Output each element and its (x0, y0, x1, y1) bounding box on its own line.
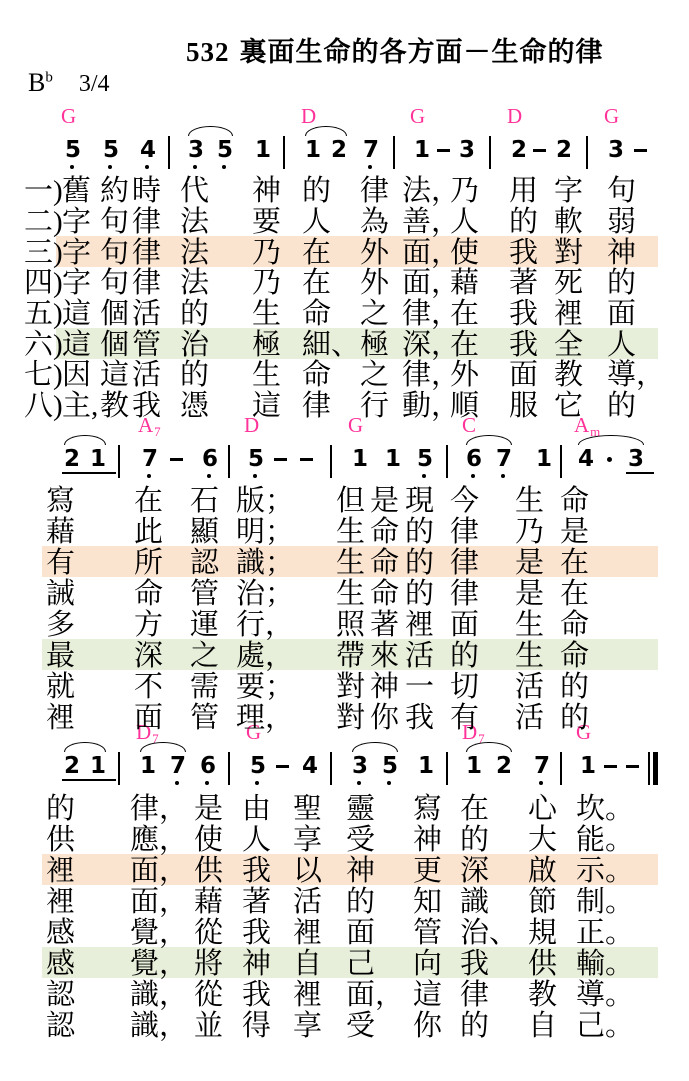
lyric-char: 心 (528, 794, 558, 825)
lyric-char: 在 (134, 486, 164, 517)
lyric-char: 動， (402, 391, 432, 422)
note-digit: 5 (217, 137, 233, 163)
lyric-char: 命 (134, 579, 164, 610)
octave-low-dot (255, 781, 259, 785)
lyric-char: 使 (194, 825, 224, 856)
lyric-char: 有 (450, 703, 480, 734)
lyric-char: 憑 (180, 391, 210, 422)
lyric-char: 就 (46, 672, 76, 703)
octave-low-dot (193, 165, 197, 169)
lyric-char: 律， (402, 299, 432, 330)
lyric-char: 使 (450, 238, 480, 269)
beat-dash (170, 458, 183, 461)
lyric-char: 深， (402, 330, 432, 361)
lyric-char: 照 (336, 610, 366, 641)
key-note: B (28, 68, 45, 97)
lyric-char: 的 (405, 517, 435, 548)
chord-label: D (301, 106, 316, 126)
lyric-char: 著 (370, 610, 400, 641)
beat-dash (437, 149, 450, 152)
lyric-char: 主, (62, 391, 92, 422)
lyric-char: 生 (515, 486, 545, 517)
lyric-char: 你 (413, 1011, 443, 1042)
note-digit: 4 (578, 446, 594, 472)
lyric-char: 死 (554, 268, 584, 299)
lyric-char: 活 (132, 360, 162, 391)
lyric-char: 以 (293, 856, 323, 887)
lyric-char: 命 (370, 517, 400, 548)
lyric-char: 我 (405, 703, 435, 734)
chord-suffix: 7 (154, 424, 161, 439)
chord-root: G (410, 104, 425, 128)
lyric-char: 句 (100, 207, 130, 238)
beat-dash (274, 458, 287, 461)
lyric-char: 我 (132, 391, 162, 422)
lyric-char: 神 (346, 856, 376, 887)
barline (118, 445, 120, 478)
lyric-char: 裡 (46, 887, 76, 918)
note-digit: 3 (188, 137, 204, 163)
chord-label: D (507, 106, 522, 126)
lyric-char: 面 (134, 703, 164, 734)
slur-arc (188, 126, 233, 136)
barline (446, 445, 448, 478)
lyric-char: 處， (236, 641, 266, 672)
lyric-char: 啟 (528, 856, 558, 887)
hymn-title: 532裏面生命的各方面－生命的律 (186, 30, 604, 69)
lyric-char: 裡 (46, 856, 76, 887)
lyric-char: 藉 (450, 268, 480, 299)
lyric-char: 對 (336, 703, 366, 734)
barline (560, 445, 562, 478)
octave-low-dot (145, 165, 149, 169)
lyric-char: 得 (242, 1011, 272, 1042)
note-digit: 5 (248, 446, 264, 472)
note-digit: 7 (142, 446, 158, 472)
lyric-char: 的 (607, 391, 637, 422)
barline (586, 136, 588, 169)
lyric-char: 對 (336, 672, 366, 703)
lyric-char: 裡 (293, 980, 323, 1011)
lyric-char: 最 (46, 641, 76, 672)
lyric-char: 藉 (46, 517, 76, 548)
lyric-char: 運 (190, 610, 220, 641)
lyric-char: 面， (130, 887, 160, 918)
barline (118, 752, 120, 785)
lyric-char: 面 (450, 610, 480, 641)
lyric-char: 命 (560, 486, 590, 517)
octave-low-dot (422, 474, 426, 478)
lyric-char: 裡 (46, 703, 76, 734)
key-accidental: b (45, 69, 53, 85)
lyric-char: 面 (346, 918, 376, 949)
barline (283, 136, 285, 169)
lyric-char: 法 (180, 207, 210, 238)
augmentation-dot (607, 457, 612, 462)
lyric-char: 乃 (515, 517, 545, 548)
final-barline-thin (648, 752, 650, 785)
lyric-char: 這 (62, 330, 92, 361)
lyric-char: 受 (346, 825, 376, 856)
beat-dash (626, 765, 639, 768)
lyric-char: 感 (46, 918, 76, 949)
lyric-char: 石 (190, 486, 220, 517)
lyric-char: 應， (130, 825, 160, 856)
note-digit: 7 (363, 137, 379, 163)
lyric-char: 要 (252, 207, 282, 238)
lyric-char: 面， (130, 856, 160, 887)
lyric-char: 生 (336, 548, 366, 579)
lyric-char: 自 (293, 949, 323, 980)
lyric-char: 服 (509, 391, 539, 422)
lyric-char: 這 (252, 391, 282, 422)
lyric-char: 教 (528, 980, 558, 1011)
lyric-char: 生 (515, 641, 545, 672)
slur-arc (466, 742, 512, 752)
lyric-char: 藉 (194, 887, 224, 918)
lyric-char: 命 (560, 641, 590, 672)
lyric-char: 字 (62, 268, 92, 299)
lyric-char: 認 (190, 548, 220, 579)
chord-root: G (604, 104, 619, 128)
hymn-sheet: 532裏面生命的各方面－生命的律 Bb3/4 GDGDG554351127132… (0, 0, 689, 1081)
slur-arc (64, 435, 106, 445)
lyric-char: 並 (194, 1011, 224, 1042)
lyric-char: 個 (100, 330, 130, 361)
lyric-char: 大 (528, 825, 558, 856)
lyric-char: 管 (190, 579, 220, 610)
chord-label: G (410, 106, 425, 126)
lyric-char: 律 (302, 391, 332, 422)
lyric-char: 的 (46, 794, 76, 825)
lyric-char: 命 (302, 299, 332, 330)
lyric-char: 生 (336, 579, 366, 610)
lyric-char: 約 (100, 176, 130, 207)
note-digit: 2 (511, 137, 527, 163)
lyric-char: 從 (194, 918, 224, 949)
lyric-char: 法， (402, 176, 432, 207)
lyric-char: 我 (509, 238, 539, 269)
lyric-char: 方 (134, 610, 164, 641)
lyric-char: 活 (515, 672, 545, 703)
eighth-underline (62, 779, 90, 781)
lyric-char: 人 (242, 825, 272, 856)
eighth-underline (62, 472, 90, 474)
note-digit: 5 (250, 753, 266, 779)
barline (330, 445, 332, 478)
lyric-char: 句 (100, 238, 130, 269)
octave-low-dot (108, 165, 112, 169)
lyric-char: 的 (302, 176, 332, 207)
lyric-char: 由 (242, 794, 272, 825)
lyric-char: 面， (402, 268, 432, 299)
lyric-char: 管 (413, 918, 443, 949)
octave-low-dot (253, 474, 257, 478)
lyric-char: 所 (134, 548, 164, 579)
lyric-char: 覺， (130, 918, 160, 949)
lyric-char: 管 (132, 330, 162, 361)
lyric-char: 命 (302, 360, 332, 391)
lyric-char: 活 (405, 641, 435, 672)
barline (168, 136, 170, 169)
lyric-char: 面 (607, 299, 637, 330)
barline (228, 445, 230, 478)
lyric-char: 知 (413, 887, 443, 918)
lyric-char: 的 (560, 672, 590, 703)
lyric-char: 著 (242, 887, 272, 918)
lyric-char: 正。 (576, 918, 606, 949)
beat-dash (276, 765, 289, 768)
lyric-char: 能。 (576, 825, 606, 856)
hymn-title-text: 裏面生命的各方面－生命的律 (240, 37, 604, 67)
note-digit: 1 (536, 446, 552, 472)
octave-low-dot (207, 474, 211, 478)
lyric-char: 順 (450, 391, 480, 422)
lyric-char: 這 (100, 360, 130, 391)
note-digit: 2 (64, 446, 80, 472)
lyric-char: 命 (370, 548, 400, 579)
note-digit: 1 (255, 137, 271, 163)
note-digit: 3 (459, 137, 475, 163)
lyric-char: 字 (62, 207, 92, 238)
lyric-char: 這 (62, 299, 92, 330)
lyric-char: 是 (370, 486, 400, 517)
lyric-char: 之 (360, 299, 390, 330)
lyric-char: 供 (528, 949, 558, 980)
lyric-char: 明； (236, 517, 266, 548)
lyric-char: 的 (180, 299, 210, 330)
lyric-char: 我 (460, 949, 490, 980)
lyric-char: 外 (360, 238, 390, 269)
lyric-char: 供 (46, 825, 76, 856)
note-digit: 6 (202, 446, 218, 472)
lyric-char: 供 (194, 856, 224, 887)
lyric-char: 面 (509, 360, 539, 391)
lyric-char: 在 (302, 238, 332, 269)
lyric-char: 的 (405, 579, 435, 610)
note-digit: 1 (90, 753, 106, 779)
octave-low-dot (147, 474, 151, 478)
lyric-char: 我 (242, 918, 272, 949)
lyric-char: 人 (450, 207, 480, 238)
lyric-char: 命 (560, 610, 590, 641)
note-digit: 1 (90, 446, 106, 472)
lyric-char: 是 (515, 548, 545, 579)
lyric-char: 的 (346, 887, 376, 918)
lyric-char: 個 (100, 299, 130, 330)
octave-low-dot (205, 781, 209, 785)
note-digit: 3 (608, 137, 624, 163)
lyric-char: 來 (370, 641, 400, 672)
lyric-char: 管 (190, 703, 220, 734)
lyric-char: 之 (190, 641, 220, 672)
note-digit: 4 (302, 753, 318, 779)
lyric-char: 受 (346, 1011, 376, 1042)
lyric-char: 是 (515, 579, 545, 610)
lyric-char: 教 (554, 360, 584, 391)
lyric-char: 今 (450, 486, 480, 517)
lyric-char: 律 (460, 980, 490, 1011)
octave-low-dot (70, 165, 74, 169)
beat-dash (604, 765, 617, 768)
note-digit: 3 (628, 446, 644, 472)
lyric-char: 全 (554, 330, 584, 361)
lyric-char: 律 (450, 548, 480, 579)
lyric-char: 律， (130, 794, 160, 825)
lyric-char: 的 (509, 207, 539, 238)
lyric-char: 時 (132, 176, 162, 207)
note-digit: 1 (580, 753, 596, 779)
hymn-number: 532 (186, 37, 230, 67)
slur-arc (466, 435, 512, 445)
slur-arc (140, 742, 186, 752)
lyric-char: 命 (370, 579, 400, 610)
lyric-char: 在 (560, 548, 590, 579)
lyric-char: 外 (450, 360, 480, 391)
lyric-char: 節 (528, 887, 558, 918)
lyric-char: 寫 (46, 486, 76, 517)
lyric-char: 律 (450, 579, 480, 610)
lyric-char: 活 (515, 703, 545, 734)
lyric-char: 誡 (46, 579, 76, 610)
note-digit: 1 (414, 137, 430, 163)
octave-low-dot (357, 781, 361, 785)
lyric-char: 我 (242, 856, 272, 887)
lyric-char: 向 (413, 949, 443, 980)
note-digit: 6 (200, 753, 216, 779)
lyric-char: 面， (402, 238, 432, 269)
note-digit: 7 (496, 446, 512, 472)
note-digit: 2 (331, 137, 347, 163)
lyric-char: 律 (450, 517, 480, 548)
lyric-char: 識 (460, 887, 490, 918)
lyric-char: 的 (560, 703, 590, 734)
slur-arc (305, 126, 347, 136)
barline (560, 752, 562, 785)
lyric-char: 規 (528, 918, 558, 949)
lyric-char: 律， (402, 360, 432, 391)
note-digit: 1 (305, 137, 321, 163)
lyric-char: 是 (194, 794, 224, 825)
lyric-char: 行， (236, 610, 266, 641)
lyric-char: 神 (252, 176, 282, 207)
lyric-char: 字 (62, 238, 92, 269)
lyric-char: 法 (180, 268, 210, 299)
lyric-char: 的 (460, 825, 490, 856)
octave-low-dot (501, 474, 505, 478)
lyric-char: 要； (236, 672, 266, 703)
lyric-char: 人 (302, 207, 332, 238)
lyric-char: 極 (252, 330, 282, 361)
lyric-char: 軟 (554, 207, 584, 238)
lyric-char: 導。 (576, 980, 606, 1011)
lyric-char: 代 (180, 176, 210, 207)
lyric-char: 乃 (252, 268, 282, 299)
lyric-char: 句 (100, 268, 130, 299)
lyric-char: 的 (180, 360, 210, 391)
eighth-underline (626, 472, 654, 474)
lyric-char: 字 (554, 176, 584, 207)
lyric-char: 己 (346, 949, 376, 980)
note-digit: 1 (385, 446, 401, 472)
lyric-char: 極 (360, 330, 390, 361)
lyric-char: 我 (242, 980, 272, 1011)
lyric-char: 靈 (346, 794, 376, 825)
note-digit: 3 (352, 753, 368, 779)
lyric-char: 在 (302, 268, 332, 299)
eighth-underline (88, 472, 116, 474)
note-digit: 1 (140, 753, 156, 779)
lyric-char: 深 (460, 856, 490, 887)
lyric-char: 感 (46, 949, 76, 980)
note-digit: 5 (103, 137, 119, 163)
lyric-char: 你 (370, 703, 400, 734)
lyric-char: 在 (560, 579, 590, 610)
lyric-char: 細、 (302, 330, 332, 361)
lyric-char: 乃 (450, 176, 480, 207)
lyric-char: 導， (607, 360, 637, 391)
lyric-char: 治、 (460, 918, 490, 949)
lyric-char: 律 (132, 207, 162, 238)
lyric-char: 己。 (576, 1011, 606, 1042)
lyric-char: 但 (336, 486, 366, 517)
lyric-char: 現 (405, 486, 435, 517)
lyric-char: 裡 (554, 299, 584, 330)
lyric-char: 此 (134, 517, 164, 548)
lyric-char: 的 (405, 548, 435, 579)
lyric-char: 示。 (576, 856, 606, 887)
lyric-char: 它 (554, 391, 584, 422)
note-digit: 5 (382, 753, 398, 779)
barline (446, 752, 448, 785)
lyric-char: 句 (607, 176, 637, 207)
lyric-char: 享 (293, 1011, 323, 1042)
octave-low-dot (471, 474, 475, 478)
lyric-char: 一 (405, 672, 435, 703)
lyric-char: 在 (450, 330, 480, 361)
lyric-char: 為 (360, 207, 390, 238)
barline (330, 752, 332, 785)
note-digit: 6 (466, 446, 482, 472)
lyric-char: 乃 (252, 238, 282, 269)
lyric-char: 在 (460, 794, 490, 825)
lyric-char: 律 (132, 268, 162, 299)
lyric-char: 律 (132, 238, 162, 269)
lyric-char: 行 (360, 391, 390, 422)
beat-dash (300, 458, 313, 461)
lyric-char: 的 (460, 1011, 490, 1042)
note-digit: 7 (534, 753, 550, 779)
lyric-char: 用 (509, 176, 539, 207)
lyric-char: 在 (450, 299, 480, 330)
lyric-char: 享 (293, 825, 323, 856)
note-digit: 2 (556, 137, 572, 163)
lyric-char: 坎。 (576, 794, 606, 825)
lyric-char: 弱 (607, 207, 637, 238)
lyric-char: 不 (134, 672, 164, 703)
slur-arc (352, 742, 398, 752)
lyric-char: 生 (252, 299, 282, 330)
lyric-char: 外 (360, 268, 390, 299)
lyric-char: 多 (46, 610, 76, 641)
chord-root: D (507, 104, 522, 128)
chord-root: G (61, 104, 76, 128)
lyric-char: 的 (450, 641, 480, 672)
lyric-char: 神 (607, 238, 637, 269)
lyric-char: 理， (236, 703, 266, 734)
lyric-char: 治； (236, 579, 266, 610)
lyric-char: 生 (515, 610, 545, 641)
